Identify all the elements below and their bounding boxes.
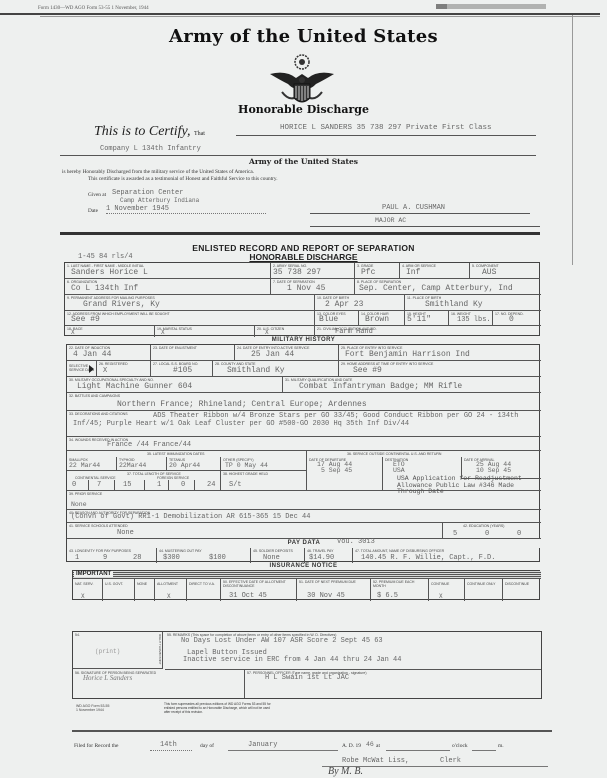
certify-label: This is to Certify, That	[94, 124, 205, 140]
overseas-label: 36. SERVICE OUTSIDE CONTINENTAL U.S. AND…	[347, 452, 441, 456]
other-immunization-value: TP 0 May 44	[225, 462, 268, 469]
arrival-2: 10 Sep 45	[476, 468, 511, 474]
direct-va-cell[interactable]: Direct to V.A.	[187, 579, 221, 601]
decorations-field[interactable]: 33. DECORATIONS AND CITATIONSADS Theater…	[67, 411, 541, 437]
month-underline	[228, 750, 338, 751]
tetanus-value: 20 Apr44	[169, 462, 200, 469]
typhoid-field[interactable]: TYPHOID22Mar44	[117, 457, 167, 471]
premium-value: $ 6.5	[377, 592, 398, 600]
day-of-label: day of	[200, 743, 214, 749]
thumbprint-cell: 54.(print)	[73, 632, 163, 669]
top-rule	[0, 13, 600, 15]
highest-grade-field[interactable]: 38. HIGHEST GRADE HELDS/t	[221, 471, 307, 491]
discontinue-label: Discontinue	[505, 582, 529, 586]
travel-pay-value: $14.90	[309, 554, 334, 562]
total-amount-field[interactable]: 47. TOTAL AMOUNT, NAME OF DISBURSING OFF…	[353, 548, 541, 563]
deposits-label: 45. SOLDIER DEPOSITS	[253, 549, 293, 553]
us-govt-label: U.S. Govt.	[105, 582, 123, 586]
personnel-officer-field[interactable]: 57. PERSONNEL OFFICER (Type name, grade …	[245, 670, 541, 698]
that-label: That	[194, 131, 205, 137]
deposits-value: None	[263, 554, 280, 562]
eagle-seal-icon	[268, 54, 336, 110]
premium-label: 52. PREMIUM DUE EACH MONTH	[373, 580, 428, 588]
next-premium-value: 30 Nov 45	[307, 592, 345, 600]
date-label: Date	[88, 208, 98, 214]
clerk-title: Clerk	[440, 757, 461, 765]
footer-note: This form supersedes all previous editio…	[164, 703, 274, 714]
dob-field[interactable]: 10. DATE OF BIRTH2 Apr 23	[315, 295, 405, 311]
thumb-side-label: RIGHT THUMB PRINT	[157, 634, 162, 668]
highest-grade-label: 38. HIGHEST GRADE HELD	[223, 472, 268, 476]
kind-value: X	[81, 593, 85, 600]
dependents-field[interactable]: 17. NO. DEPEND.0	[493, 311, 541, 326]
organization-field[interactable]: 6. ORGANIZATIONCo L 134th Inf	[65, 279, 271, 295]
smallpox-value: 22 Mar44	[69, 462, 100, 469]
nat-serv-label: Nat. Serv.	[75, 582, 93, 586]
top-rule-thin	[40, 16, 600, 17]
m-label: m.	[498, 743, 504, 749]
next-premium-label: 51. Date of Next Premium Due	[299, 580, 356, 584]
name-field[interactable]: 1. LAST NAME - FIRST NAME - MIDDLE INITI…	[65, 263, 271, 279]
longevity-label: 43. LONGEVITY FOR PAY PURPOSES	[69, 549, 131, 553]
discharge-statement: is hereby Honorably Discharged from the …	[62, 169, 254, 175]
stamp-mark	[436, 4, 546, 9]
permanent-address-field[interactable]: 9. PERMANENT ADDRESS FOR MAILING PURPOSE…	[65, 295, 315, 311]
citizen-value: X	[265, 329, 269, 336]
component-field[interactable]: 5. COMPONENTAUS	[470, 263, 540, 279]
testimonial-statement: This certificate is awarded as a testimo…	[88, 176, 278, 182]
foreign-days-value: 24	[207, 481, 215, 489]
certificate-name-line: HORICE L SANDERS 35 738 297 Private Firs…	[280, 124, 492, 132]
dob-value: 2 Apr 23	[325, 300, 363, 309]
education-label: 42. EDUCATION (Years)	[463, 524, 504, 528]
right-edge-line	[572, 15, 573, 265]
arrival-values: 25 Aug 4410 Sep 45	[476, 462, 511, 474]
thumbprint-value: (print)	[95, 648, 120, 655]
serial-field[interactable]: 2. ARMY SERIAL NO.35 738 297	[271, 263, 355, 279]
allotment-cell[interactable]: AllotmentX	[155, 579, 187, 601]
qualification-value: Combat Infantryman Badge; MM Rifle	[299, 382, 462, 391]
signer-title: MAJOR AC	[375, 217, 406, 224]
remarks-line-3: Inactive service in ERC from 4 Jan 44 th…	[183, 656, 401, 664]
effective-date-cell[interactable]: 50. Effective Date of Allotment Disconti…	[221, 579, 297, 601]
weight-field[interactable]: 16. WEIGHT135 lbs.	[449, 311, 493, 326]
qualification-field[interactable]: 31. MILITARY QUALIFICATION AND DATEComba…	[283, 377, 541, 393]
honorable-discharge-heading: Honorable Discharge	[0, 103, 607, 116]
occupation-value: Farm Hand	[335, 328, 373, 336]
title-line	[310, 226, 540, 227]
longevity-days: 28	[133, 554, 141, 562]
voucher-number: Vou. 3013	[337, 538, 375, 546]
county-field[interactable]: 28. COUNTY AND STATESmithland Ky	[213, 361, 339, 377]
immunization-label: 35. LATEST IMMUNIZATION DATES	[147, 452, 205, 456]
mustering-label: 44. MUSTERING OUT PAY	[159, 549, 202, 553]
signer-line	[310, 213, 530, 214]
education-field[interactable]: 42. EDUCATION (Years) 5 0 0	[443, 523, 541, 539]
military-history-heading: MILITARY HISTORY	[0, 337, 607, 343]
occupation-field[interactable]: 21. CIVILIAN OCCUPATION AND NO.Farm Hand	[315, 326, 541, 337]
continue-cell[interactable]: ContinueX	[429, 579, 465, 601]
induction-field[interactable]: 22. DATE OF INDUCTION4 Jan 44	[67, 345, 151, 361]
pob-field[interactable]: 11. PLACE OF BIRTHSmithland Ky	[405, 295, 541, 311]
foreign-days[interactable]: 24	[195, 480, 221, 491]
registered-field[interactable]: 26. REGISTEREDX	[97, 361, 151, 377]
cont-months[interactable]: 7	[89, 480, 115, 491]
nat-serv-cell[interactable]: Nat. Serv.X	[73, 579, 103, 601]
mustering-this-payment: $100	[209, 554, 226, 562]
ad-label: A. D. 19	[342, 743, 361, 749]
cont-years[interactable]: 0	[67, 480, 89, 491]
home-address-value: See #9	[353, 366, 382, 375]
decorations-value: ADS Theater Ribbon w/4 Bronze Stars per …	[73, 413, 533, 428]
cont-years-value: 0	[72, 481, 76, 489]
effective-date-label: 50. Effective Date of Allotment Disconti…	[223, 580, 296, 588]
enlistment-label: 23. DATE OF ENLISTMENT	[153, 346, 197, 350]
continue-label: Continue	[431, 582, 449, 586]
battles-field[interactable]: 32. BATTLES AND CAMPAIGNSNorthern France…	[67, 393, 541, 411]
place-entry-value: Fort Benjamin Harrison Ind	[345, 350, 470, 359]
next-premium-cell[interactable]: 51. Date of Next Premium Due30 Nov 45	[297, 579, 371, 601]
time-underline	[386, 750, 450, 751]
given-at-value: Separation Center	[112, 189, 183, 197]
foreign-months[interactable]: 0	[169, 480, 195, 491]
enlistment-field[interactable]: 23. DATE OF ENLISTMENT	[151, 345, 235, 361]
travel-pay-label: 46. TRAVEL PAY	[307, 549, 333, 553]
other-immunization-field[interactable]: OTHER (specify)TP 0 May 44	[221, 457, 307, 471]
name-field-value: Sanders Horice L	[71, 268, 148, 277]
insurance-heading: INSURANCE NOTICE	[0, 563, 607, 569]
entry-date-field[interactable]: 24. DATE OF ENTRY INTO ACTIVE SERVICE25 …	[235, 345, 339, 361]
longevity-years: 1	[75, 554, 79, 562]
premium-cell[interactable]: 52. PREMIUM DUE EACH MONTH$ 6.5	[371, 579, 429, 601]
employment-address-value: See #9	[71, 315, 100, 324]
total-amount-label: 47. TOTAL AMOUNT, NAME OF DISBURSING OFF…	[355, 549, 444, 553]
remarks-field[interactable]: 55. REMARKS (This space for completion o…	[165, 633, 541, 670]
battles-label: 32. BATTLES AND CAMPAIGNS	[69, 394, 120, 398]
registered-label: 26. REGISTERED	[99, 362, 128, 366]
clerk-name: Robe McWat Liss,	[342, 757, 409, 765]
arm-value: Inf	[406, 268, 420, 277]
oclock-label: o'clock	[452, 743, 468, 749]
home-address-field[interactable]: 29. HOME ADDRESS AT TIME OF ENTRY INTO S…	[339, 361, 541, 377]
total-amount-value: 140.45 R. F. Willie, Capt., F.D.	[361, 554, 495, 562]
insurance-box: IMPORTANT Nat. Serv.X U.S. Govt. None Al…	[72, 570, 540, 600]
mos-value: Light Machine Gunner 604	[77, 382, 192, 391]
departure-column[interactable]: DATE OF DEPARTURE17 Aug 445 Sep 45	[307, 457, 383, 491]
longevity-months: 9	[103, 554, 107, 562]
insurance-instructions	[73, 571, 541, 579]
board-field[interactable]: 27. LOCAL S.S. BOARD NO.#105	[151, 361, 213, 377]
component-value: AUS	[482, 268, 496, 277]
education-grammar: 5	[453, 530, 457, 538]
signature-value: Horice L Sanders	[83, 674, 132, 682]
wounds-value: France /44 France/44	[107, 441, 191, 449]
thumb-label: 54.	[75, 633, 80, 637]
remarks-line-1: No Days Lost Under AW 107 ASR Score 2 Se…	[181, 637, 383, 645]
cont-months-value: 7	[97, 481, 101, 489]
departure-values: 17 Aug 445 Sep 45	[317, 462, 352, 474]
place-entry-field[interactable]: 25. PLACE OF ENTRY INTO SERVICEFort Benj…	[339, 345, 541, 361]
date-separation-value: 1 Nov 45	[287, 284, 325, 293]
given-at-location: Camp Atterbury Indiana	[120, 197, 199, 204]
height-value: 5'11"	[407, 315, 431, 324]
date-underline	[106, 213, 266, 214]
footer-divider	[72, 730, 552, 732]
personnel-officer-value: H L Swain 1st Lt JAC	[265, 674, 349, 682]
travel-pay-field[interactable]: 46. TRAVEL PAY$14.90	[305, 548, 353, 563]
military-history-box: 22. DATE OF INDUCTION4 Jan 44 23. DATE O…	[66, 344, 540, 562]
education-college: 0	[517, 530, 521, 538]
direct-va-label: Direct to V.A.	[189, 582, 215, 586]
reason-field[interactable]: 40. REASON AND AUTHORITY FOR SEPARATION(…	[67, 509, 541, 523]
place-separation-field[interactable]: 8. PLACE OF SEPARATIONSep. Center, Camp …	[355, 279, 541, 295]
foreign-months-value: 0	[181, 481, 185, 489]
remarks-box: 54.(print) RIGHT THUMB PRINT 55. REMARKS…	[72, 631, 542, 699]
day-underline	[150, 750, 192, 751]
discharge-document: Form 1430—WD AGO Form 53-55 1 November, …	[0, 0, 607, 778]
effective-date-value: 31 Oct 45	[229, 592, 267, 600]
destination-values: ETOUSA	[393, 462, 405, 474]
permanent-address-value: Grand Rivers, Ky	[83, 300, 160, 309]
pay-data-header: PAY DATA Vou. 3013	[67, 539, 541, 548]
filed-label: Filed for Record the	[74, 743, 118, 749]
filed-day: 14th	[160, 741, 177, 749]
height-field[interactable]: 15. HEIGHT5'11"	[405, 311, 449, 326]
signature-field[interactable]: 56. SIGNATURE OF PERSON BEING SEPARATEDH…	[73, 670, 245, 698]
eyes-value: Blue	[319, 315, 338, 324]
county-value: Smithland Ky	[227, 366, 285, 375]
schools-value: None	[117, 529, 134, 537]
army-label: Army of the United States	[0, 157, 607, 166]
eyes-field[interactable]: 13. COLOR EYESBlue	[315, 311, 359, 326]
deposits-field[interactable]: 45. SOLDIER DEPOSITSNone	[251, 548, 305, 563]
date-separation-field[interactable]: 7. DATE OF SEPARATION1 Nov 45	[271, 279, 355, 295]
unit-underline	[60, 155, 536, 156]
place-separation-value: Sep. Center, Camp Atterbury, Ind	[359, 284, 513, 293]
prior-service-field[interactable]: 39. PRIOR SERVICENone	[67, 491, 541, 509]
foreign-years-value: 1	[157, 481, 161, 489]
grade-field[interactable]: 3. GRADEPfc	[355, 263, 400, 279]
name-underline	[236, 135, 536, 136]
pay-data-heading: PAY DATA	[67, 540, 541, 546]
wounds-field[interactable]: 34. WOUNDS RECEIVED IN ACTIONFrance /44 …	[67, 437, 541, 451]
important-label: IMPORTANT	[74, 571, 113, 577]
citizen-field[interactable]: 20. U.S. CITIZENX	[255, 326, 315, 337]
arm-field[interactable]: 4. ARM OR SERVICEInf	[400, 263, 470, 279]
serial-value: 35 738 297	[273, 268, 321, 277]
filed-month: January	[248, 741, 277, 749]
employment-address-field[interactable]: 12. ADDRESS FROM WHICH EMPLOYMENT WILL B…	[65, 311, 315, 326]
mustering-pay-field[interactable]: 44. MUSTERING OUT PAY $300 $100	[157, 548, 251, 563]
schools-field[interactable]: 41. SERVICE SCHOOLS ATTENDEDNone	[67, 523, 443, 539]
section-divider	[60, 232, 540, 235]
smallpox-field[interactable]: SMALLPOX22 Mar44	[67, 457, 117, 471]
certify-text: This is to Certify,	[94, 124, 190, 139]
discontinue-cell[interactable]: Discontinue	[503, 579, 541, 601]
race-field[interactable]: 18. RACEX	[65, 326, 155, 337]
weight-value: 135 lbs.	[457, 316, 491, 324]
document-title: Army of the United States	[0, 26, 607, 47]
none-label: None	[137, 582, 147, 586]
hair-value: Brown	[365, 315, 389, 324]
footer-form-number: WD AGO Form 53-55 1 November 1944	[76, 704, 109, 712]
prior-service-label: 39. PRIOR SERVICE	[69, 492, 102, 496]
certificate-unit-line: Company L 134th Infantry	[100, 145, 201, 153]
date-value: 1 November 1945	[106, 205, 169, 213]
mustering-total: $300	[163, 554, 180, 562]
organization-value: Co L 134th Inf	[71, 284, 138, 293]
mos-field[interactable]: 30. MILITARY OCCUPATIONAL SPECIALTY AND …	[67, 377, 283, 393]
citizen-label: 20. U.S. CITIZEN	[257, 327, 284, 331]
filed-year: 46	[366, 741, 374, 748]
longevity-field[interactable]: 43. LONGEVITY FOR PAY PURPOSES 1 9 28	[67, 548, 157, 563]
how-paid-value: X	[167, 593, 171, 600]
hair-field[interactable]: 14. COLOR HAIRBrown	[359, 311, 405, 326]
us-govt-cell[interactable]: U.S. Govt.	[103, 579, 135, 601]
m-underline	[472, 750, 496, 751]
schools-label: 41. SERVICE SCHOOLS ATTENDED	[69, 524, 128, 528]
clerk-initials: By M. B.	[328, 766, 363, 777]
race-value: X	[71, 329, 75, 336]
given-at-label: Given at	[88, 192, 106, 198]
signer-name: PAUL A. CUSHMAN	[382, 204, 445, 212]
allotment-label: Allotment	[157, 582, 178, 586]
registered-value: X	[103, 367, 107, 375]
selective-service-label-cell: SELECTIVE SERVICE DATA	[67, 361, 97, 377]
pob-value: Smithland Ky	[425, 300, 483, 309]
foreign-years[interactable]: 1	[145, 480, 169, 491]
cont-days-value: 15	[123, 481, 131, 489]
typhoid-value: 22Mar44	[119, 462, 146, 469]
marital-field[interactable]: 19. MARITAL STATUSX	[155, 326, 255, 337]
none-cell[interactable]: None	[135, 579, 155, 601]
continue-only-label: Continue Only	[467, 582, 496, 586]
dependents-value: 0	[509, 315, 514, 324]
intention-value: X	[439, 593, 443, 600]
induction-value: 4 Jan 44	[73, 350, 111, 359]
arrow-right-icon	[89, 365, 94, 373]
departure-2: 5 Sep 45	[317, 468, 352, 474]
margin-note: 1-45 84 rls/4	[78, 253, 133, 261]
grade-value: Pfc	[361, 268, 375, 277]
form-number: Form 1430—WD AGO Form 53-55 1 November, …	[38, 6, 149, 11]
highest-grade-value: S/t	[229, 481, 242, 489]
tetanus-field[interactable]: TETANUS20 Apr44	[167, 457, 221, 471]
destination-2: USA	[393, 468, 405, 474]
board-value: #105	[173, 366, 192, 375]
personal-info-box: 1. LAST NAME - FIRST NAME - MIDDLE INITI…	[64, 262, 540, 336]
education-high-school: 0	[485, 530, 489, 538]
battles-value: Northern France; Rhineland; Central Euro…	[117, 400, 367, 409]
marital-value: X	[161, 329, 165, 336]
entry-date-value: 25 Jan 44	[251, 350, 294, 359]
cont-days[interactable]: 15	[115, 480, 145, 491]
prior-service-value: None	[71, 501, 87, 508]
continue-only-cell[interactable]: Continue Only	[465, 579, 503, 601]
at-label: at	[376, 743, 380, 749]
reason-value: (Convn of Govt) RR1-1 Demobilization AR …	[71, 513, 310, 521]
